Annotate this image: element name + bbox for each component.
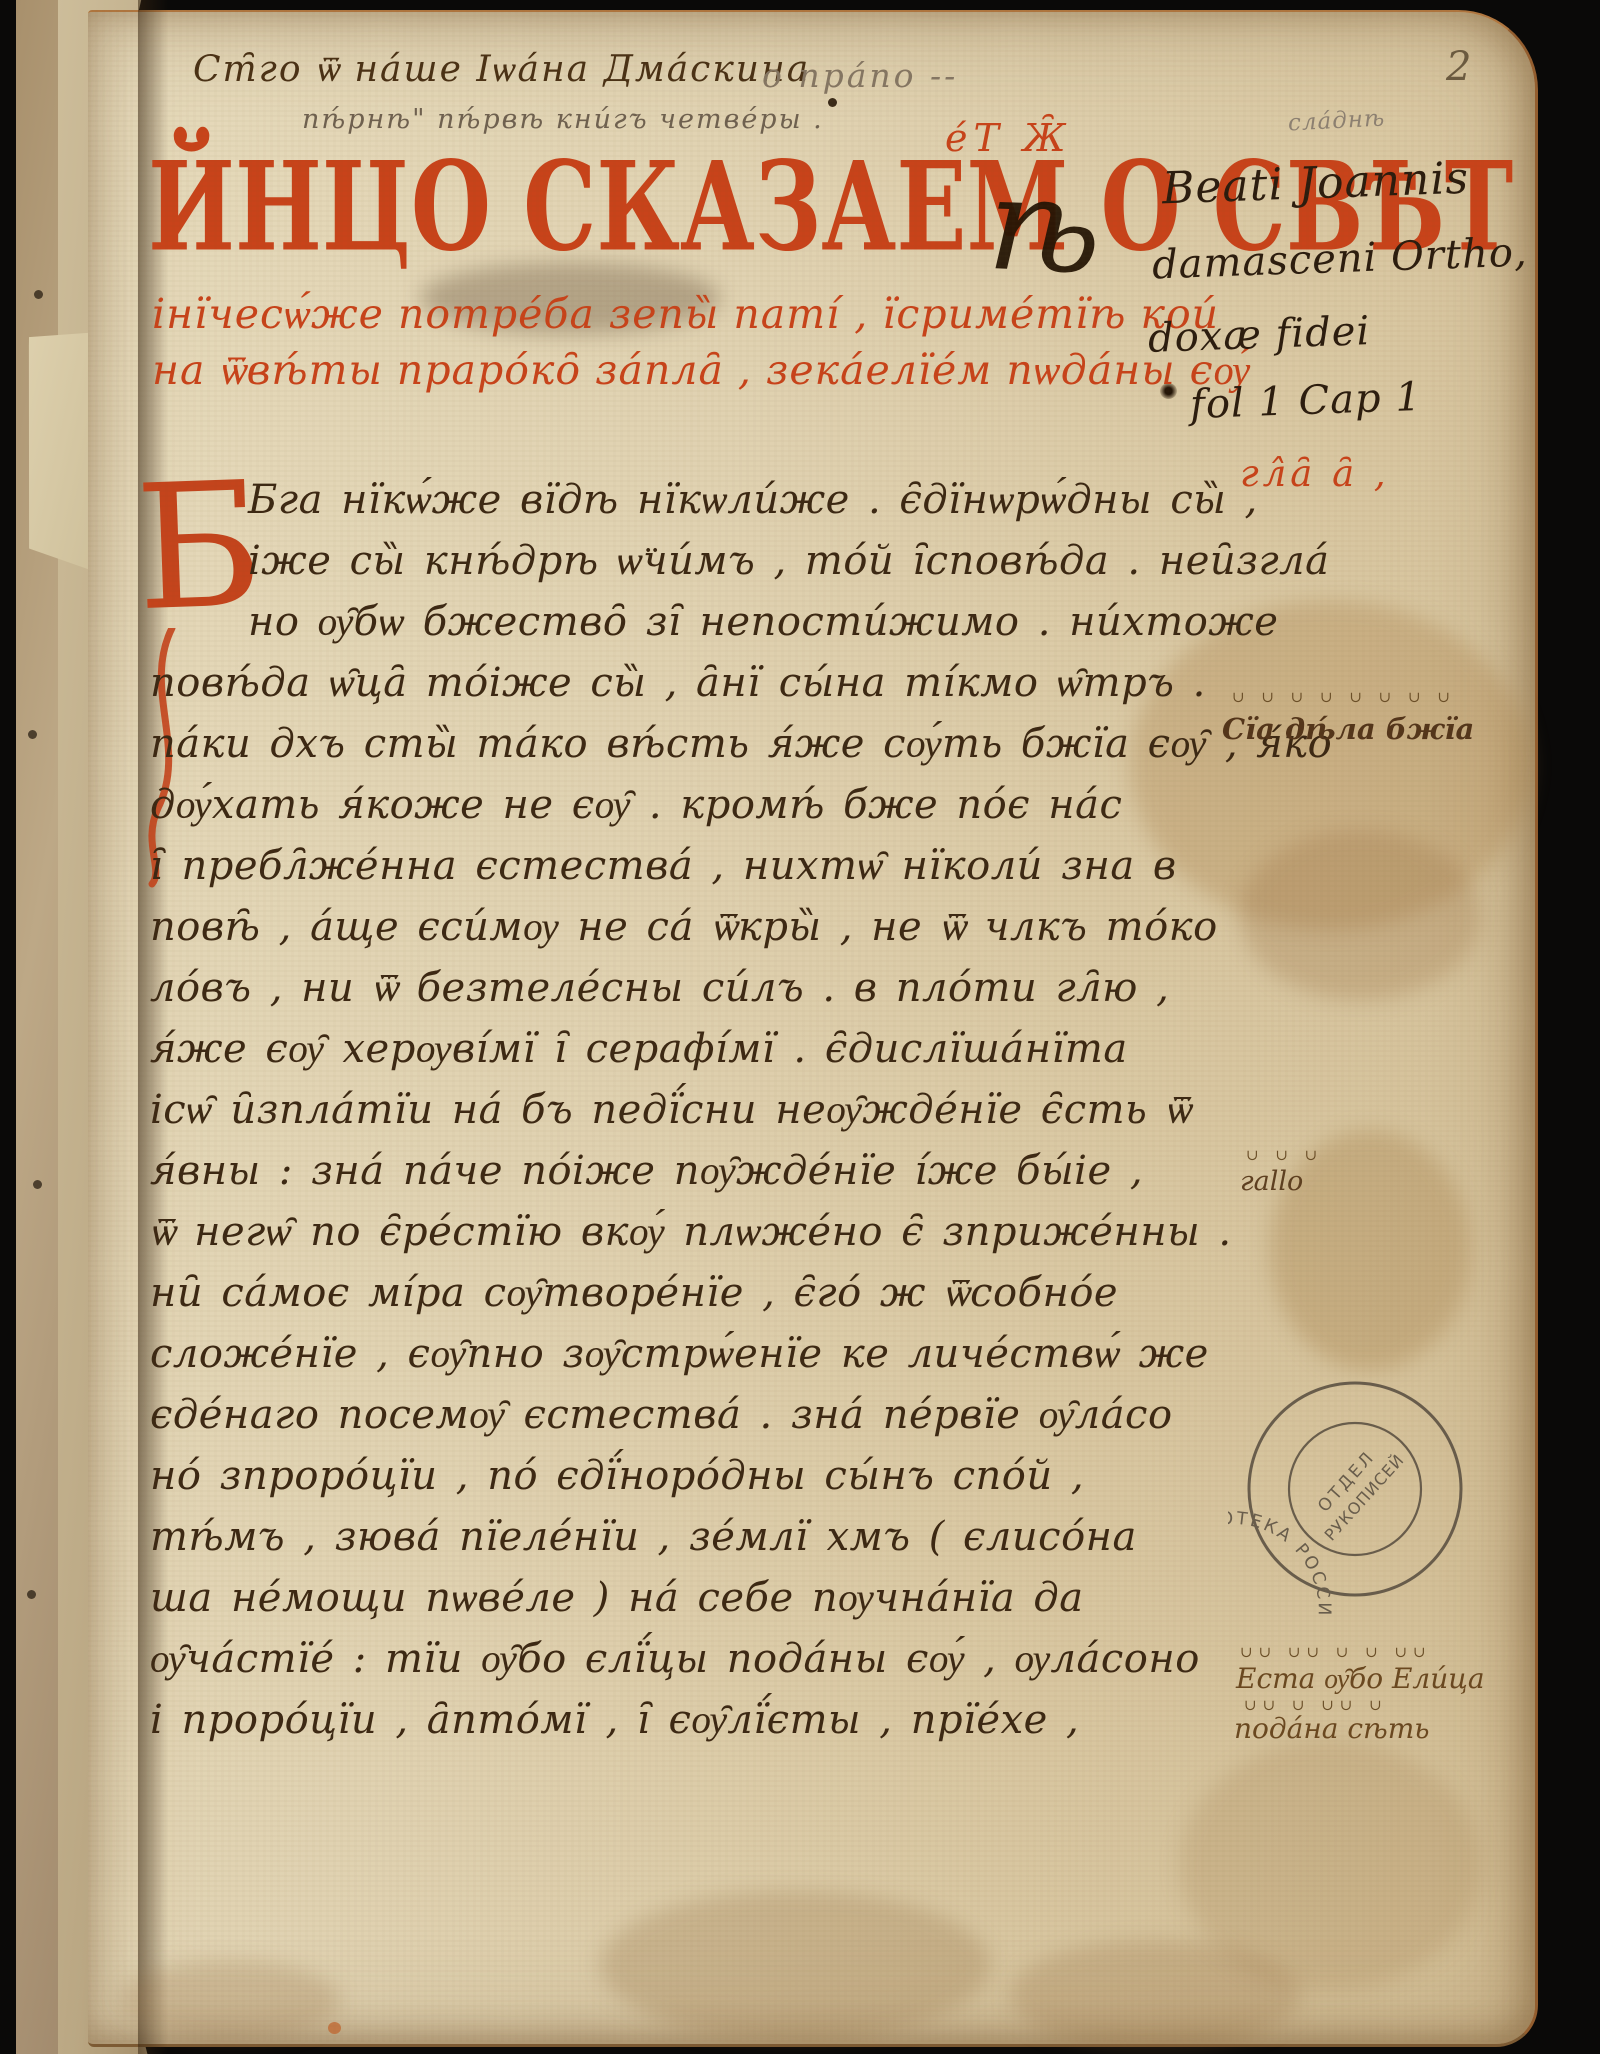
stain — [1180, 1740, 1480, 1990]
red-spot — [328, 2022, 341, 2034]
manuscript-line: єде́наго посемѹ̑ єстества́ . зна́ пе́рвї… — [150, 1385, 1170, 1446]
latin-note-line: Beati Joannis — [1161, 153, 1470, 215]
folio-number: 2 — [1446, 44, 1471, 90]
stitch-hole — [34, 290, 43, 299]
library-stamp: РОССИЙСКАЯ ГОСУДАРСТВЕННАЯ БИБЛИОТЕКА * … — [1228, 1362, 1482, 1616]
latin-note-line: doxæ fidei — [1147, 308, 1371, 362]
latin-note-line: fol 1 Cap 1 — [1189, 374, 1422, 428]
manuscript-line: ша не́мощи пѡве́ле ) на́ себе пѹчна́нїа … — [150, 1568, 1170, 1629]
header-subtitle: пѣ́рнѣ" пѣ́рвѣ кни́гъ четве́ры . — [302, 104, 824, 135]
manuscript-photo: Ст̑го ѿ на́ше Іѡа́на Дма́скина о пра́по … — [0, 0, 1600, 2054]
manuscript-line: і̑ пребл̑же́нна єстества́ , нихтѡ̑ нїкол… — [150, 836, 1170, 897]
breve-marks: ∪∪ ∪∪ ∪ ∪ ∪∪ — [1240, 1643, 1432, 1661]
header-title-continuation: о пра́по -- — [762, 56, 958, 95]
ink-dot — [828, 98, 837, 107]
manuscript-line: ни̑ са́моє мі́ра сѹ̑творе́нїе , є̑го́ ж … — [150, 1263, 1170, 1324]
manuscript-line: дѹ́хать я́коже не єѹ̑ . кромѣ́ бже по́є … — [150, 775, 1170, 836]
manuscript-line: повѣ́да ѡ̑ца̑ то́іже сы̏ , а̑нї сы́на ті… — [150, 653, 1170, 714]
rubric-line: інїчесѡ́же потре́ба зепы̏ паті́ , їсриме… — [152, 290, 1219, 338]
header-title: Ст̑го ѿ на́ше Іѡа́на Дма́скина — [193, 48, 810, 90]
manuscript-line: і проро́цїи , а̑пто́мї , і̑ єѹ̑лї́єты , … — [150, 1690, 1170, 1751]
breve-marks: ∪ ∪ ∪ ∪ ∪ ∪ ∪ ∪ — [1232, 688, 1456, 706]
manuscript-line: но́ зпроро́цїи , по́ єдї́норо́дны сы́нъ … — [150, 1446, 1170, 1507]
manuscript-line: тѣ́мъ , зюва́ пїеле́нїи , зе́млї хмъ ( є… — [150, 1507, 1170, 1568]
manuscript-line: па́ки дхъ сты̏ та́ко вѣ́сть я́же сѹ́ть б… — [150, 714, 1170, 775]
manuscript-line: ісѡ̑ и̑зпла́тїи на́ бъ педї́сни неѹ̑жде́… — [150, 1080, 1170, 1141]
breve-marks: ∪ ∪ ∪ — [1246, 1146, 1323, 1164]
margin-note-top-right: сла́днѣ — [1287, 105, 1385, 136]
stitch-hole — [28, 730, 37, 739]
manuscript-line: сложе́нїе , єѹ̑пно зѹ̑стрѡ́енїе ке личе́… — [150, 1324, 1170, 1385]
manuscript-line: ѿ негѡ̑ по є̑ре́стїю вкѹ́ плѡже́но є̑ зп… — [150, 1202, 1170, 1263]
manuscript-line: я́же єѹ̑ херѹві́мї і̑ серафі́мї . є̑дисл… — [150, 1019, 1170, 1080]
stitch-hole — [33, 1180, 42, 1189]
manuscript-line: но ѹ̑бѡ бжество̑ зі̑ непости́жимо . ни́х… — [150, 592, 1170, 653]
manuscript-line: ѹ̑ча́стїе́ : тїи ѹ̑бо єлї́цы пода́ны єѹ́… — [150, 1629, 1170, 1690]
stain — [600, 1890, 990, 2040]
stain — [120, 1960, 340, 2040]
manuscript-line: іже сы̏ кнѣ́дрѣ ѡ̈чи́мъ , то́й і̑сповѣ́д… — [150, 531, 1170, 592]
black-ink-ligature: ѣ — [985, 150, 1103, 303]
manuscript-line: Бга нїкѡ́же вїдѣ нїкѡли́же . є̑дїнѡрѡ́дн… — [150, 470, 1170, 531]
margin-note: гаllо — [1240, 1166, 1303, 1197]
stain — [1240, 830, 1480, 1000]
chapter-number-note: гл̂а̑ а̑ , — [1240, 452, 1390, 495]
stitch-hole — [27, 1590, 36, 1599]
margin-note: Еста ѹ̑бо Ели́ца — [1236, 1662, 1485, 1696]
body-text: Бга нїкѡ́же вїдѣ нїкѡли́же . є̑дїнѡрѡ́дн… — [150, 470, 1170, 1751]
manuscript-line: ло́въ , ни ѿ безтеле́сны си́лъ . в пло́т… — [150, 958, 1170, 1019]
manuscript-line: повѣ̑ , а́ще єси́мѹ не са́ ѿкры̏ , не ѿ … — [150, 897, 1170, 958]
margin-note: Сїа дѣ́ла бжїа — [1222, 712, 1474, 746]
margin-note: пода́на сѣть — [1234, 1712, 1430, 1745]
rubric-line: на ѿвѣ́ты праро́ко̑ за́пла̑ , зека́елїе́… — [152, 346, 1251, 394]
manuscript-line: я́вны : зна́ па́че по́іже пѹ̑жде́нїе і́ж… — [150, 1141, 1170, 1202]
